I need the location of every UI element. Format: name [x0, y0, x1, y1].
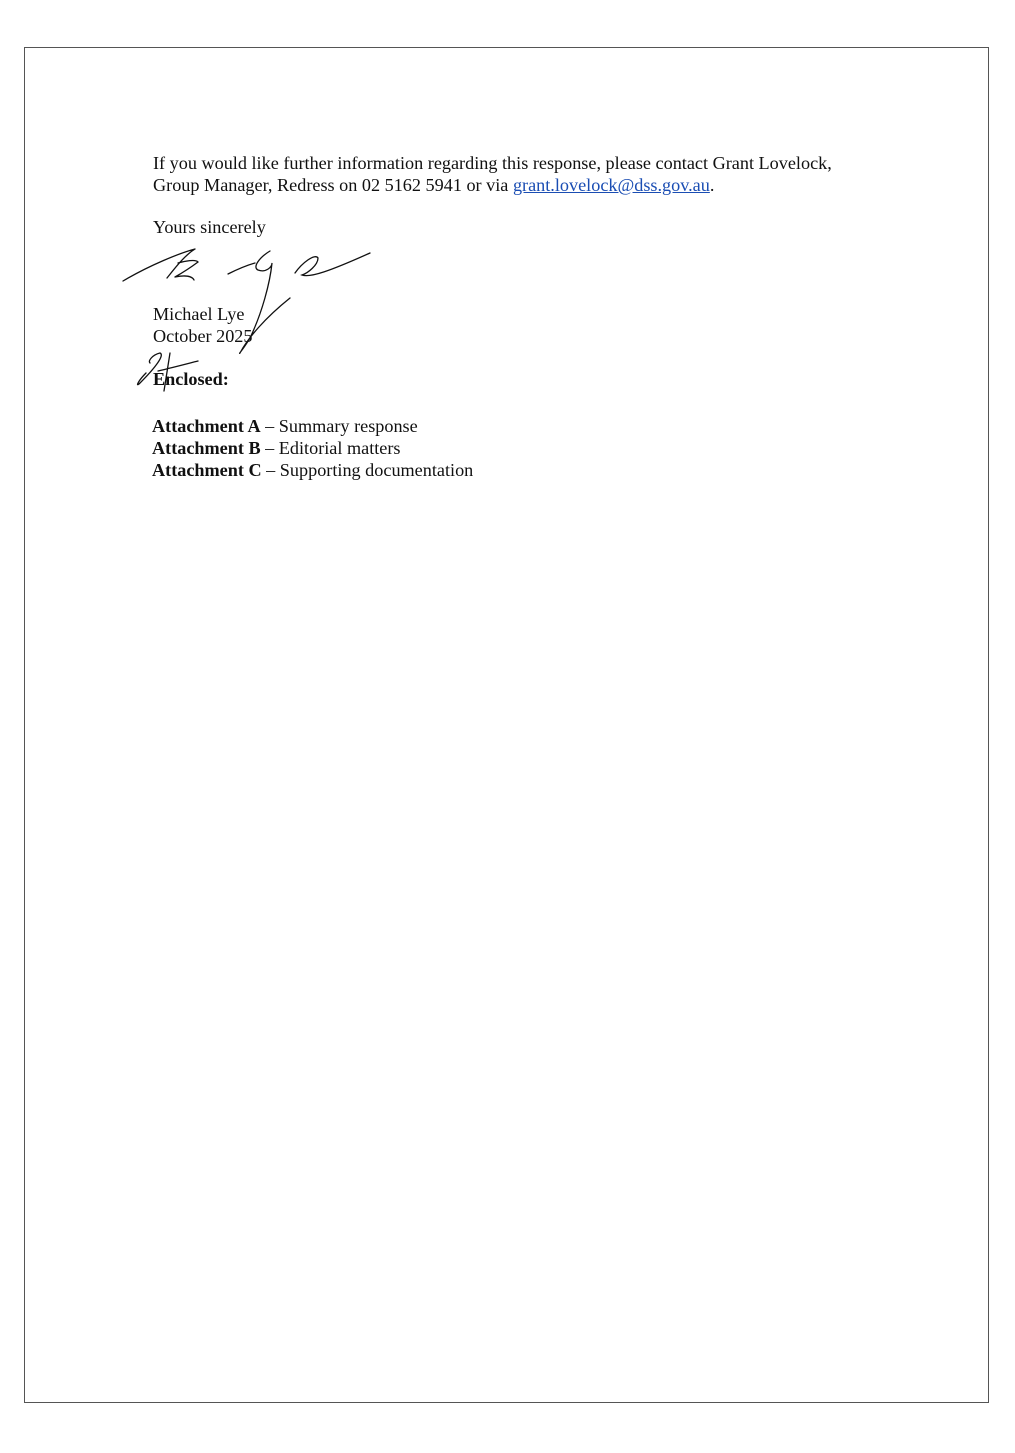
- enclosed-heading: Enclosed:: [153, 368, 229, 390]
- attachment-item: Attachment A – Summary response: [152, 415, 418, 437]
- email-link[interactable]: grant.lovelock@dss.gov.au: [513, 175, 710, 195]
- paragraph-line-1: If you would like further information re…: [153, 152, 832, 174]
- paragraph-line-2: Group Manager, Redress on 02 5162 5941 o…: [153, 174, 832, 196]
- document-page: If you would like further information re…: [24, 47, 989, 1403]
- letter-date: October 2025: [153, 325, 253, 347]
- closing: Yours sincerely: [153, 216, 266, 238]
- attachment-item: Attachment C – Supporting documentation: [152, 459, 473, 481]
- signatory-name: Michael Lye: [153, 303, 244, 325]
- attachment-item: Attachment B – Editorial matters: [152, 437, 401, 459]
- contact-paragraph: If you would like further information re…: [153, 152, 832, 196]
